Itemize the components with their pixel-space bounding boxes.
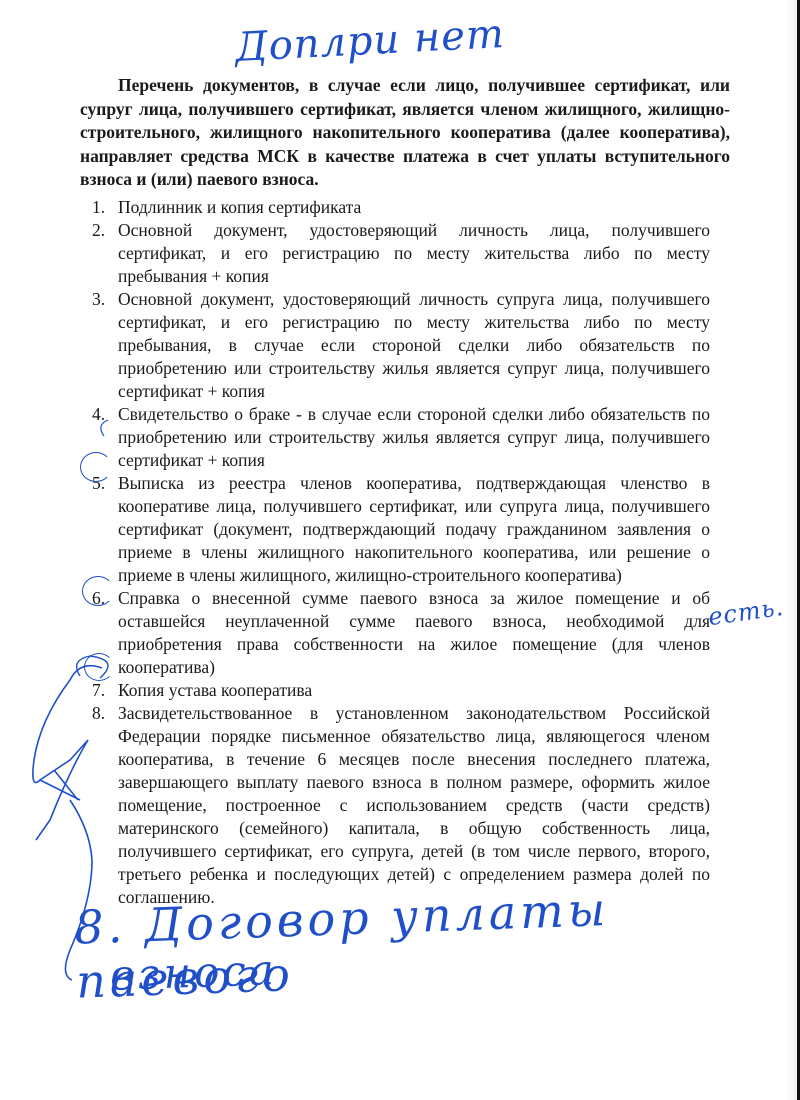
handwritten-note-line-2: взноса	[109, 945, 277, 1000]
